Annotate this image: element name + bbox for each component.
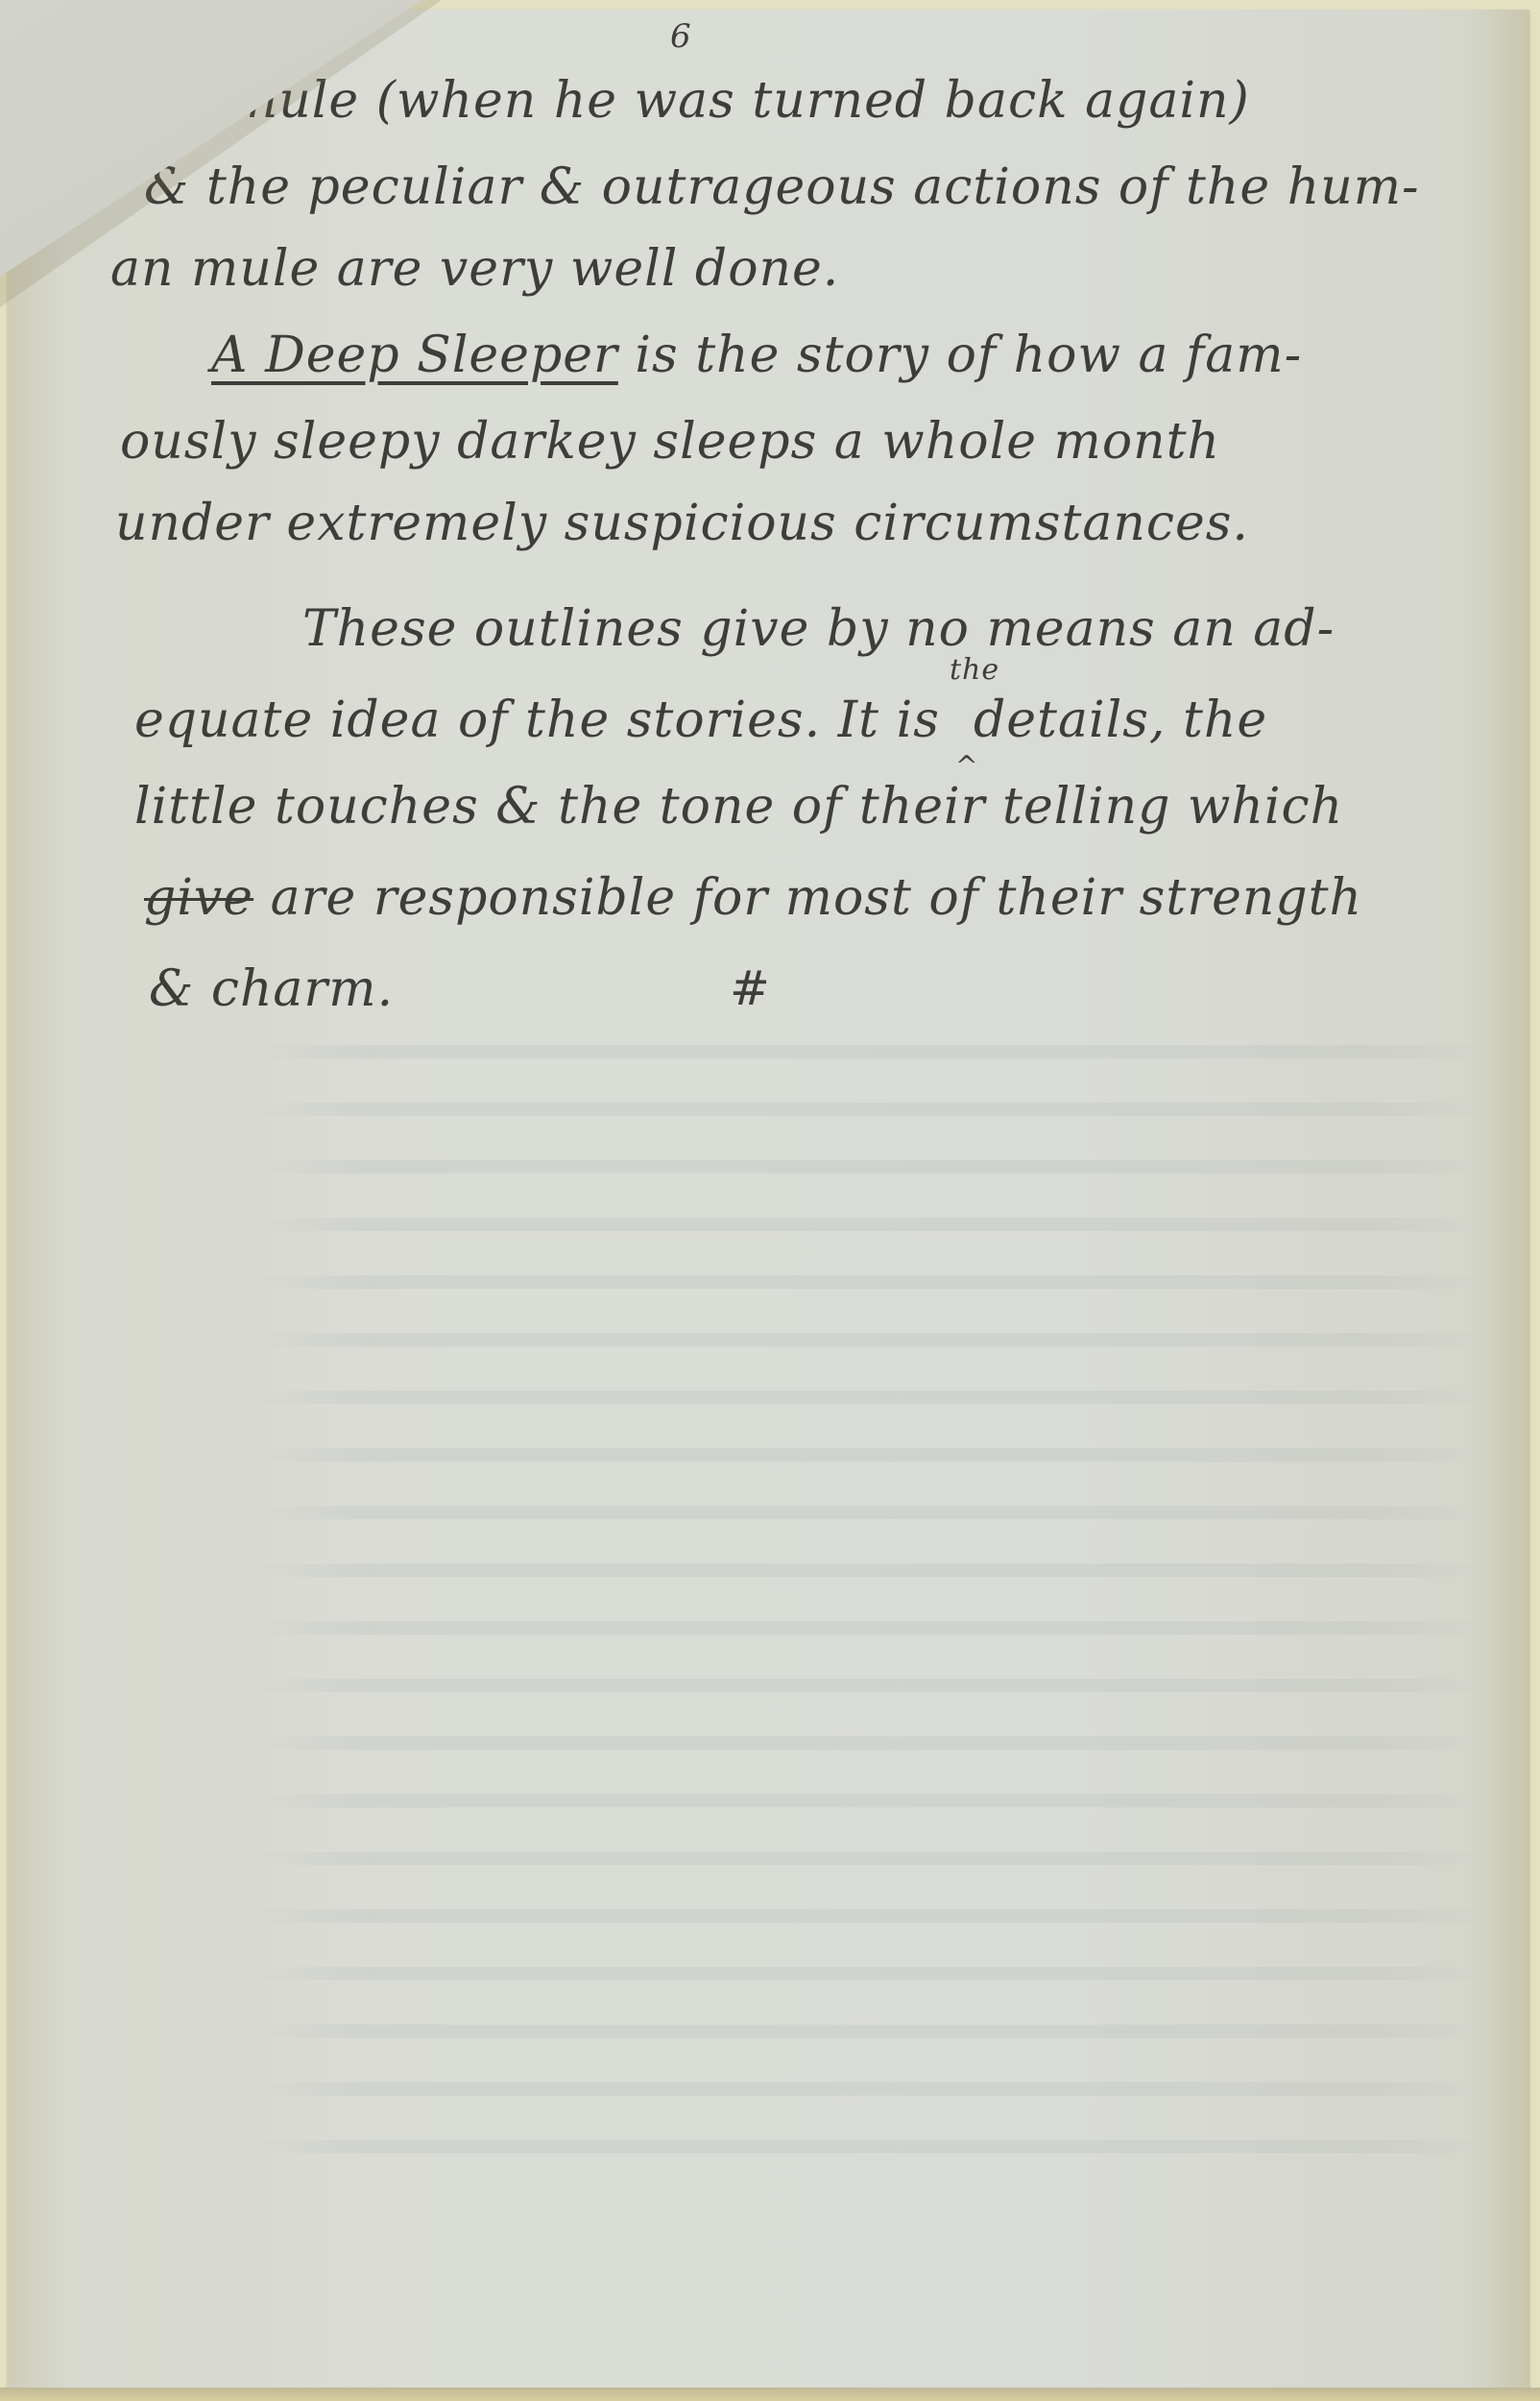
bleed-through-text	[238, 1008, 1486, 2161]
paragraph-2-line-3: under extremely suspicious circumstances…	[115, 495, 1249, 552]
paragraph-3-line-2-before: equate idea of the stories. It is	[134, 691, 940, 749]
inserted-word: the^	[940, 691, 957, 749]
paragraph-2-line-2: ously sleepy darkey sleeps a whole month	[120, 413, 1220, 471]
paragraph-3-line-2-after: details, the	[956, 691, 1267, 749]
page-number: 6	[670, 17, 692, 56]
text-line-2: & the peculiar & outrageous actions of t…	[144, 158, 1420, 216]
paragraph-3-line-5: & charm.	[149, 960, 394, 1018]
paragraph-3-line-3: little touches & the tone of their telli…	[134, 778, 1343, 836]
struck-word: give	[144, 869, 253, 927]
paragraph-3-line-1: These outlines give by no means an ad-	[302, 600, 1335, 658]
paragraph-3-line-4: give are responsible for most of their s…	[144, 869, 1362, 927]
paragraph-2-line-1: A Deep Sleeper is the story of how a fam…	[211, 327, 1302, 384]
page-bottom-edge	[0, 2388, 1540, 2401]
paragraph-2-line-1-rest: is the story of how a fam-	[618, 327, 1302, 384]
story-title: A Deep Sleeper	[211, 327, 618, 384]
end-mark: #	[730, 960, 771, 1016]
paragraph-3-line-2: equate idea of the stories. It isthe^ de…	[134, 691, 1267, 749]
text-line-1: mule (when he was turned back again)	[230, 72, 1250, 130]
paragraph-3-line-4-rest: are responsible for most of their streng…	[253, 869, 1362, 927]
text-line-3: an mule are very well done.	[110, 240, 839, 298]
inserted-word-text: the	[950, 653, 999, 687]
